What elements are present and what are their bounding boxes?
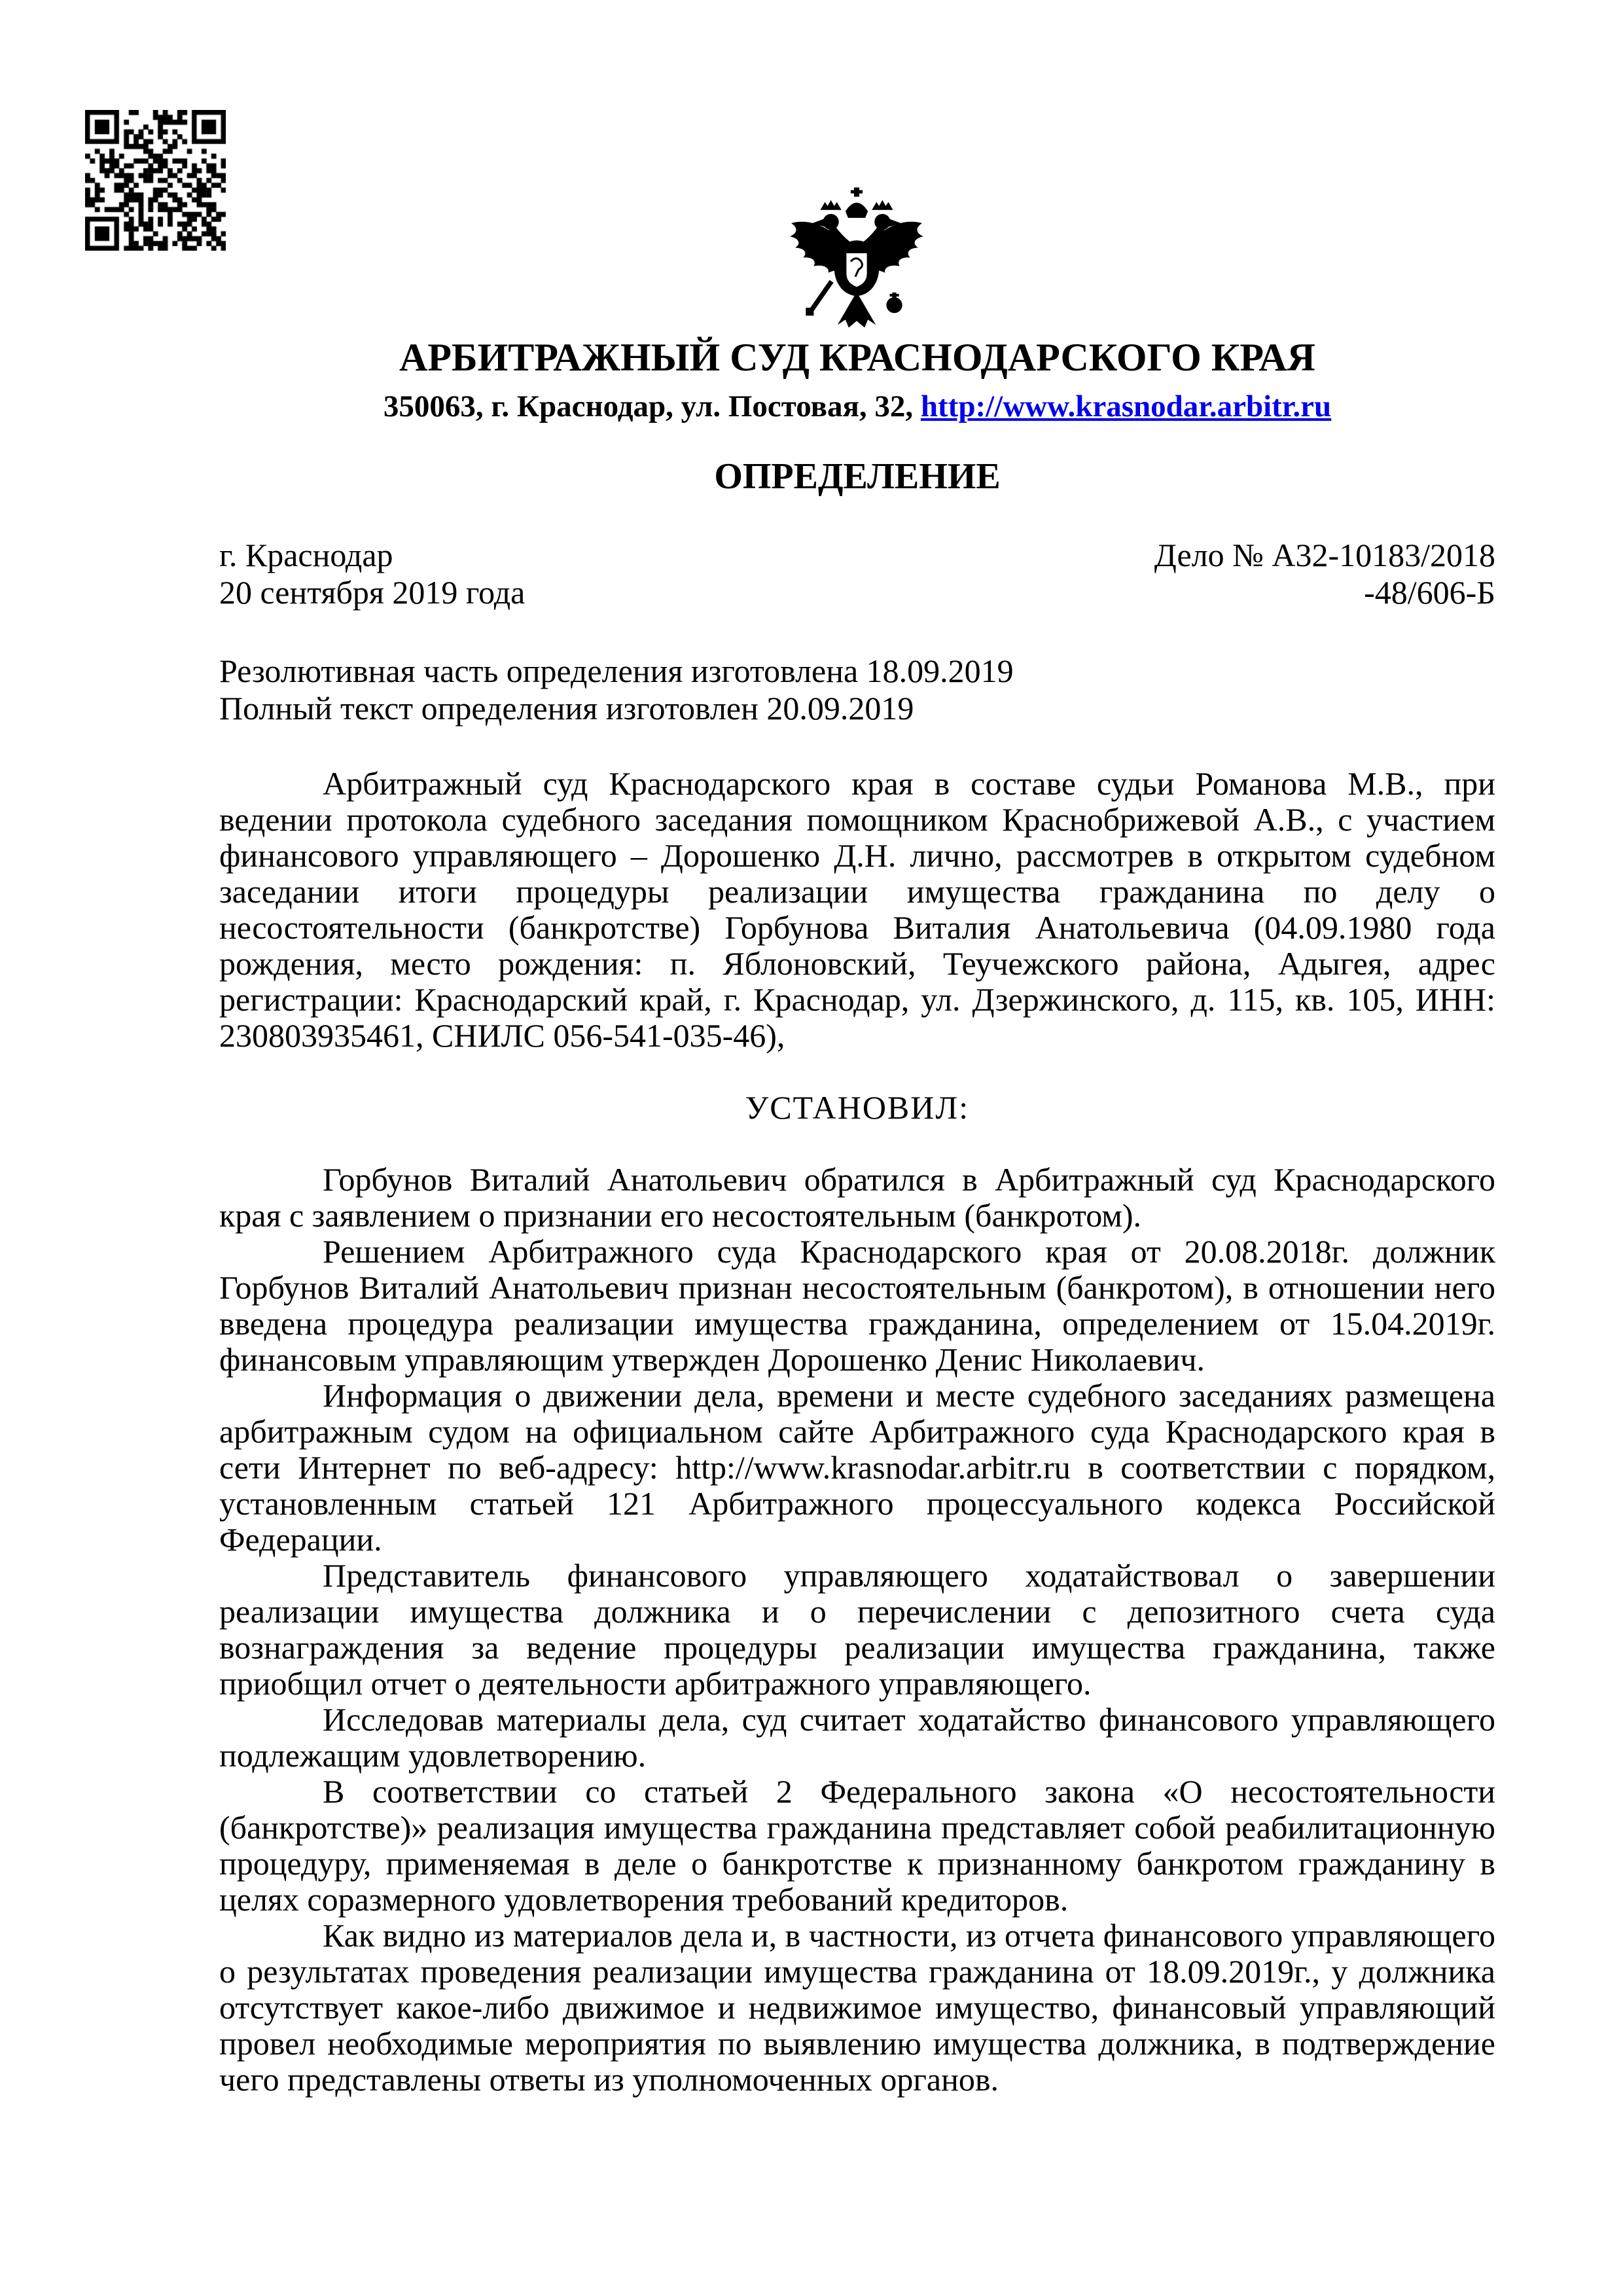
- body-paragraphs: Горбунов Виталий Анатольевич обратился в…: [219, 1162, 1495, 2098]
- body-paragraph: Исследовав материалы дела, суд считает х…: [219, 1702, 1495, 1774]
- resolution-part-line: Резолютивная часть определения изготовле…: [219, 653, 1495, 690]
- full-text-line: Полный текст определения изготовлен 20.0…: [219, 690, 1495, 727]
- case-info-row-1: г. Краснодар Дело № А32-10183/2018: [219, 537, 1495, 574]
- body-paragraph: Горбунов Виталий Анатольевич обратился в…: [219, 1162, 1495, 1234]
- case-info-row-2: 20 сентября 2019 года -48/606-Б: [219, 574, 1495, 611]
- case-city: г. Краснодар: [219, 537, 393, 574]
- body-paragraph: Представитель финансового управляющего х…: [219, 1558, 1495, 1702]
- body-text-block: Арбитражный суд Краснодарского края в со…: [219, 766, 1495, 2098]
- established-heading: УСТАНОВИЛ:: [219, 1090, 1495, 1126]
- body-paragraph: В соответствии со статьей 2 Федерального…: [219, 1774, 1495, 1918]
- court-website-link[interactable]: http://www.krasnodar.arbitr.ru: [921, 389, 1331, 423]
- document-page: АРБИТРАЖНЫЙ СУД КРАСНОДАРСКОГО КРАЯ 3500…: [0, 0, 1623, 2296]
- body-paragraph: Как видно из материалов дела и, в частно…: [219, 1918, 1495, 2098]
- court-address-line: 350063, г. Краснодар, ул. Постовая, 32, …: [219, 387, 1495, 425]
- body-paragraph: Информация о движении дела, времени и ме…: [219, 1378, 1495, 1558]
- resolution-block: Резолютивная часть определения изготовле…: [219, 653, 1495, 727]
- qr-code-icon: [85, 110, 226, 251]
- intro-paragraph: Арбитражный суд Краснодарского края в со…: [219, 766, 1495, 1054]
- case-number: Дело № А32-10183/2018: [1154, 537, 1495, 574]
- case-number-suffix: -48/606-Б: [1364, 574, 1495, 611]
- document-type-heading: ОПРЕДЕЛЕНИЕ: [219, 457, 1495, 496]
- case-date: 20 сентября 2019 года: [219, 574, 525, 611]
- body-paragraph: Решением Арбитражного суда Краснодарског…: [219, 1234, 1495, 1378]
- case-info-block: г. Краснодар Дело № А32-10183/2018 20 се…: [219, 537, 1495, 611]
- court-address-text: 350063, г. Краснодар, ул. Постовая, 32,: [383, 389, 921, 423]
- court-name-title: АРБИТРАЖНЫЙ СУД КРАСНОДАРСКОГО КРАЯ: [219, 336, 1495, 378]
- russian-coat-of-arms-icon: [787, 185, 926, 336]
